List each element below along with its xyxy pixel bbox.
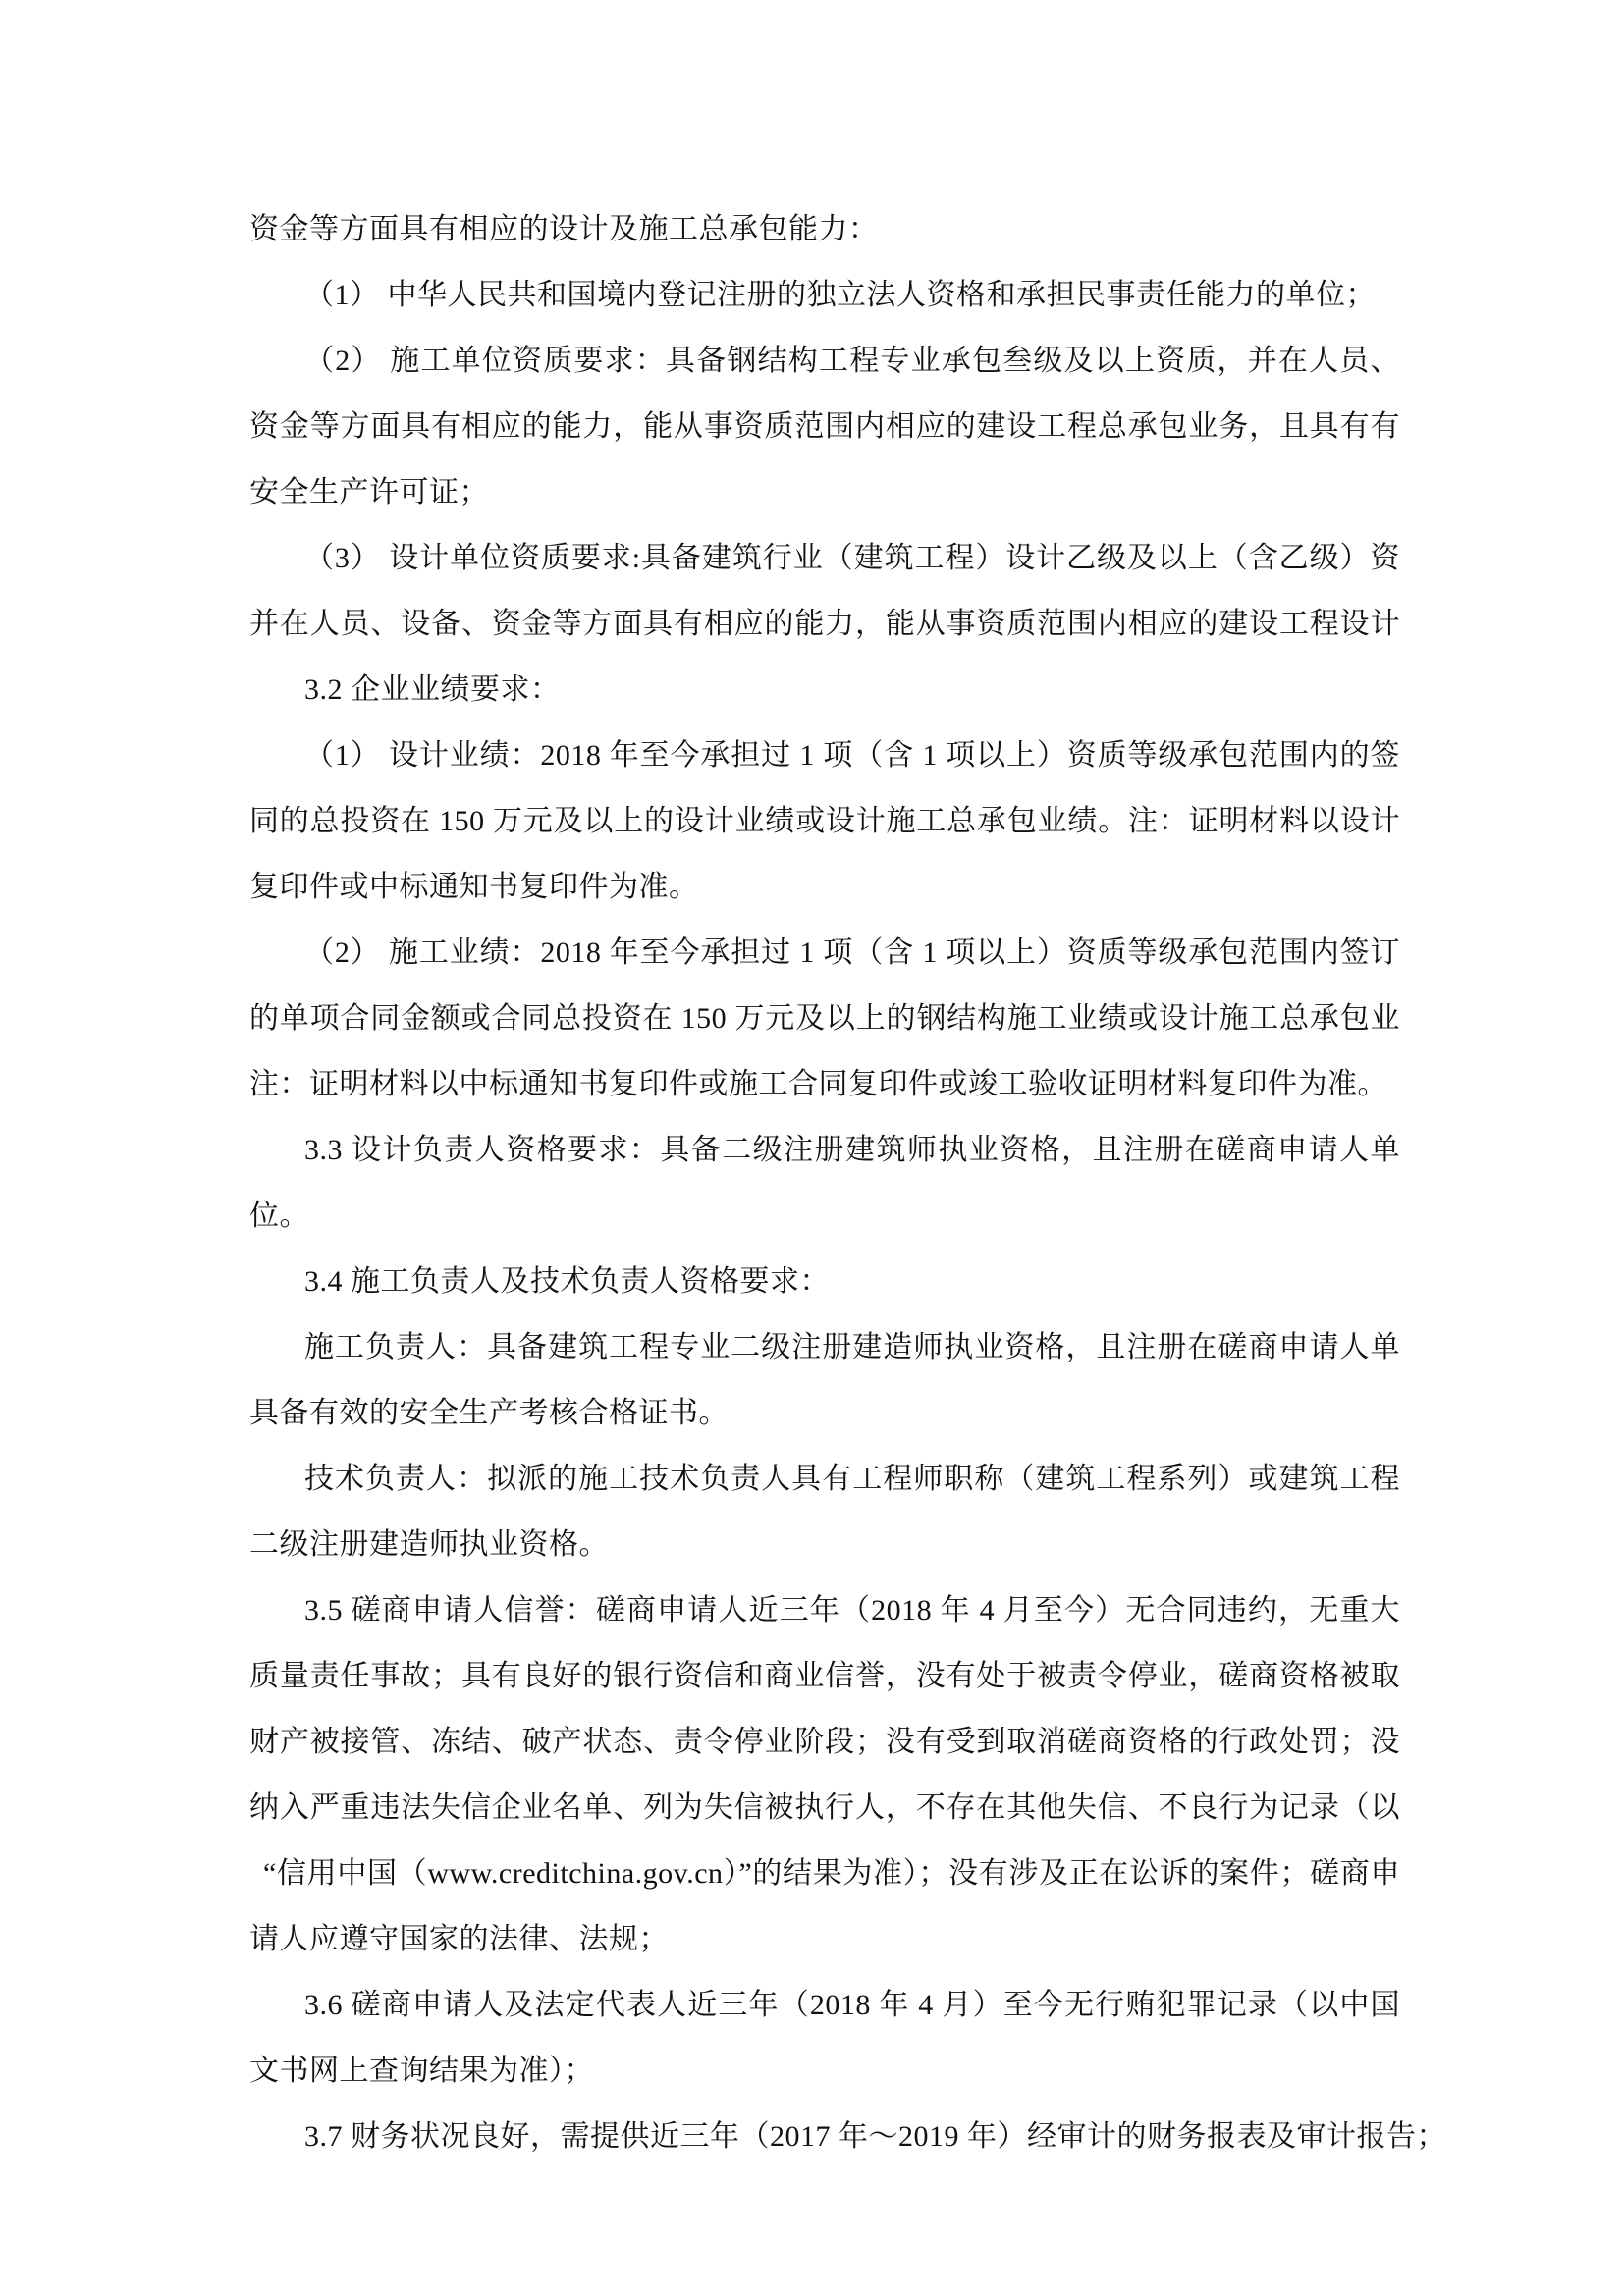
text-line: “信用中国（www.creditchina.gov.cn）”的结果为准）；没有涉… [249, 1841, 1400, 1906]
text-line: 并在人员、设备、资金等方面具有相应的能力，能从事资质范围内相应的建设工程设计业务… [249, 591, 1400, 657]
text-line: 3.5 磋商申请人信誉：磋商申请人近三年（2018 年 4 月至今）无合同违约，… [249, 1577, 1400, 1643]
text-line: 财产被接管、冻结、破产状态、责令停业阶段；没有受到取消磋商资格的行政处罚；没有被 [249, 1709, 1400, 1775]
document-page: 资金等方面具有相应的设计及施工总承包能力： （1） 中华人民共和国境内登记注册的… [0, 0, 1624, 2296]
text-line: 的单项合同金额或合同总投资在 150 万元及以上的钢结构施工业绩或设计施工总承包… [249, 986, 1400, 1051]
text-line: 3.4 施工负责人及技术负责人资格要求： [249, 1249, 1400, 1314]
text-line: 3.3 设计负责人资格要求：具备二级注册建筑师执业资格，且注册在磋商申请人单 [249, 1117, 1400, 1183]
text-line: 安全生产许可证； [249, 459, 1400, 525]
text-line: （3） 设计单位资质要求:具备建筑行业（建筑工程）设计乙级及以上（含乙级）资质， [249, 525, 1400, 591]
text-line: 具备有效的安全生产考核合格证书。 [249, 1380, 1400, 1446]
text-line: 文书网上查询结果为准）； [249, 2038, 1400, 2104]
text-line: 3.2 企业业绩要求： [249, 657, 1400, 722]
text-line: 二级注册建造师执业资格。 [249, 1512, 1400, 1577]
text-line: 3.7 财务状况良好，需提供近三年（2017 年～2019 年）经审计的财务报表… [249, 2104, 1400, 2169]
text-line: 资金等方面具有相应的能力，能从事资质范围内相应的建设工程总承包业务，且具有有效的 [249, 394, 1400, 459]
text-line: 资金等方面具有相应的设计及施工总承包能力： [249, 196, 1400, 262]
text-line: 同的总投资在 150 万元及以上的设计业绩或设计施工总承包业绩。注：证明材料以设… [249, 788, 1400, 854]
text-line: 纳入严重违法失信企业名单、列为失信被执行人，不存在其他失信、不良行为记录（以查询 [249, 1775, 1400, 1841]
text-line: 质量责任事故；具有良好的银行资信和商业信誉，没有处于被责令停业，磋商资格被取消， [249, 1643, 1400, 1709]
text-line: （2） 施工单位资质要求：具备钢结构工程专业承包叁级及以上资质，并在人员、设备、 [249, 328, 1400, 394]
text-line: （2） 施工业绩：2018 年至今承担过 1 项（含 1 项以上）资质等级承包范… [249, 920, 1400, 986]
text-line: 3.6 磋商申请人及法定代表人近三年（2018 年 4 月）至今无行贿犯罪记录（… [249, 1972, 1400, 2038]
text-line: 请人应遵守国家的法律、法规； [249, 1906, 1400, 1972]
text-line: （1） 设计业绩：2018 年至今承担过 1 项（含 1 项以上）资质等级承包范… [249, 722, 1400, 788]
document-text-block: 资金等方面具有相应的设计及施工总承包能力： （1） 中华人民共和国境内登记注册的… [249, 196, 1400, 2169]
text-line: 技术负责人：拟派的施工技术负责人具有工程师职称（建筑工程系列）或建筑工程专业 [249, 1446, 1400, 1512]
text-line: 注：证明材料以中标通知书复印件或施工合同复印件或竣工验收证明材料复印件为准。 [249, 1051, 1400, 1117]
text-line: （1） 中华人民共和国境内登记注册的独立法人资格和承担民事责任能力的单位； [249, 262, 1400, 328]
text-line: 施工负责人：具备建筑工程专业二级注册建造师执业资格，且注册在磋商申请人单位， [249, 1314, 1400, 1380]
text-line: 复印件或中标通知书复印件为准。 [249, 854, 1400, 920]
text-line: 位。 [249, 1183, 1400, 1249]
